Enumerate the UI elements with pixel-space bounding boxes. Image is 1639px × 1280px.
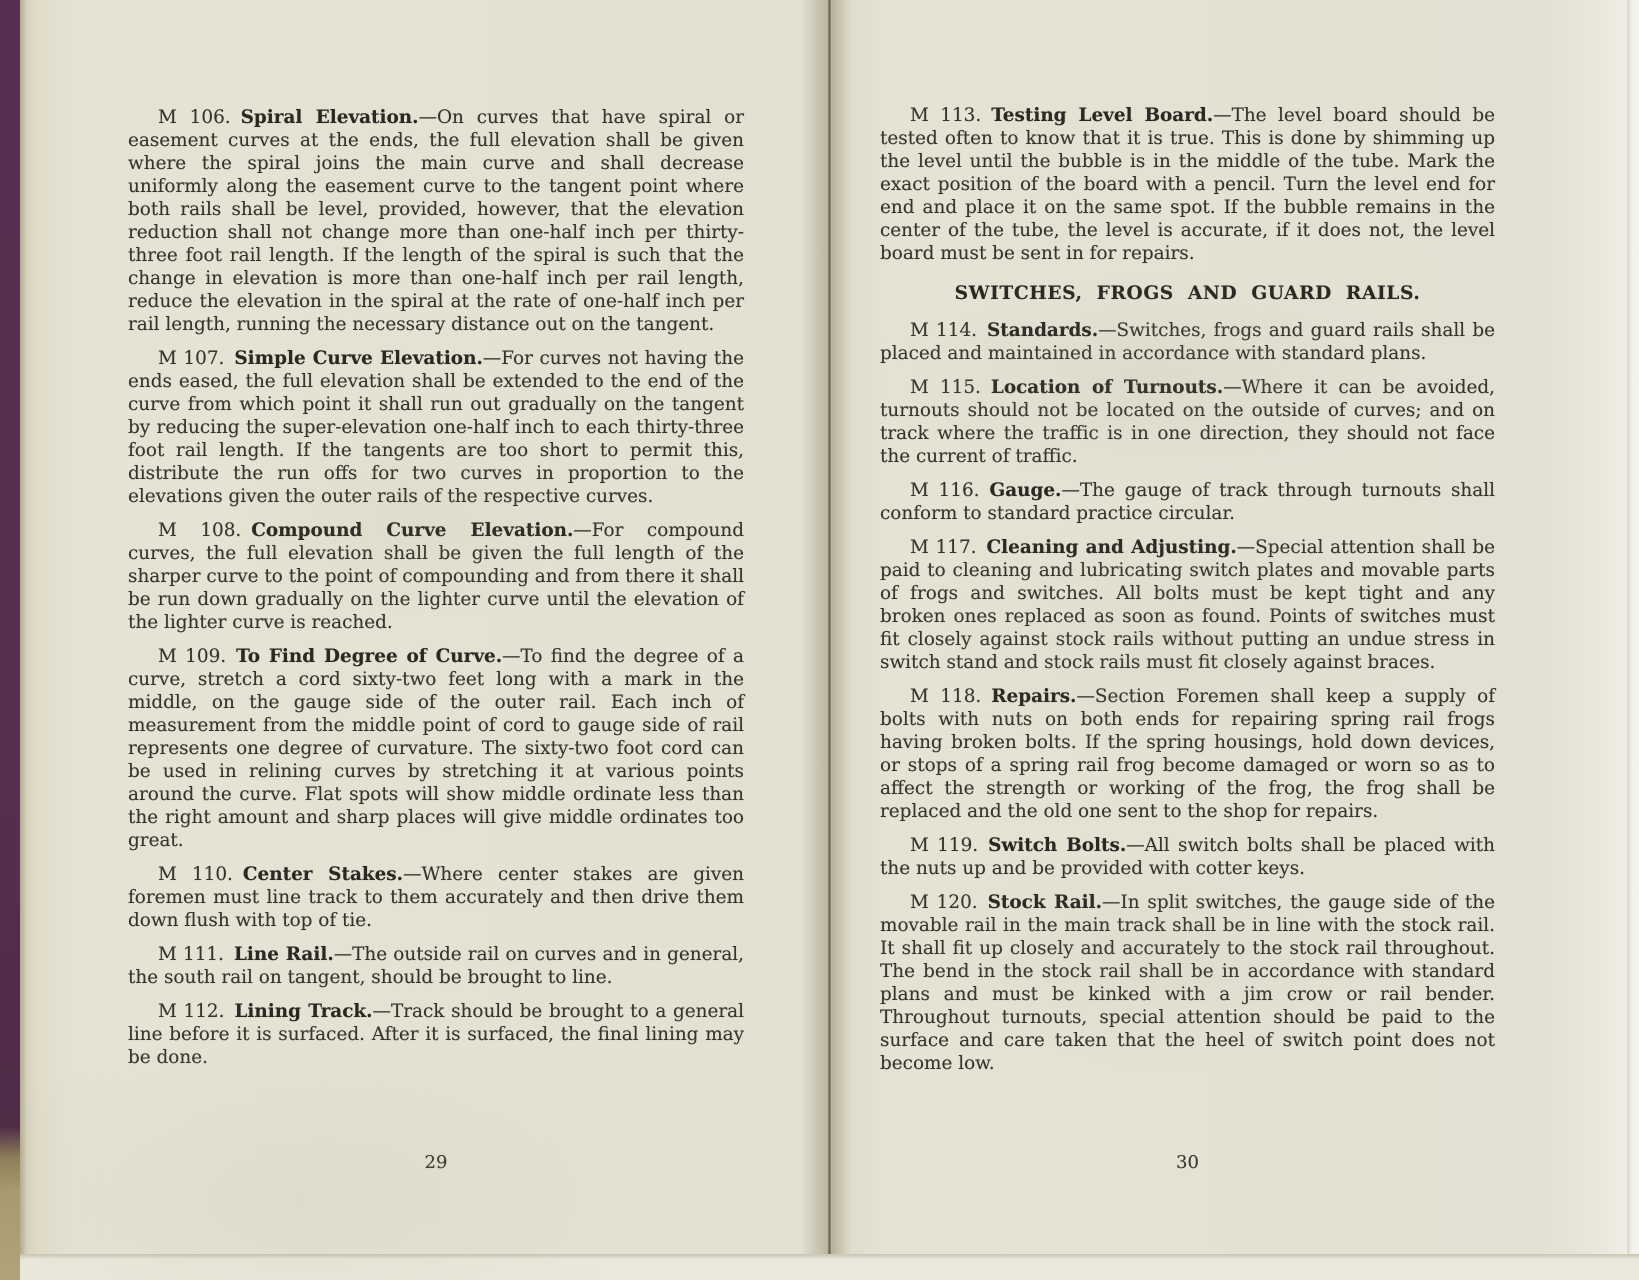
section-paragraph: M 109.To Find Degree of Curve.—To find t… bbox=[128, 645, 744, 852]
section-paragraph: M 107.Simple Curve Elevation.—For curves… bbox=[128, 347, 744, 508]
section-paragraph: M 116.Gauge.—The gauge of track through … bbox=[880, 479, 1495, 525]
right-paper-edge bbox=[1627, 0, 1639, 1280]
section-title: Repairs. bbox=[991, 686, 1076, 707]
section-paragraph: M 112.Lining Track.—Track should be brou… bbox=[128, 1000, 744, 1069]
right-page-bottom-sections: M 114.Standards.—Switches, frogs and gua… bbox=[880, 319, 1495, 1075]
section-number: M 116. bbox=[910, 480, 980, 501]
section-paragraph: M 114.Standards.—Switches, frogs and gua… bbox=[880, 319, 1495, 365]
section-number: M 107. bbox=[158, 348, 224, 369]
page-number-left: 29 bbox=[128, 1152, 744, 1173]
section-title: Compound Curve Elevation. bbox=[251, 520, 573, 541]
section-number: M 118. bbox=[910, 686, 981, 707]
right-page-text: M 113.Testing Level Board.—The level boa… bbox=[880, 104, 1495, 1086]
section-title: Spiral Elevation. bbox=[241, 107, 419, 128]
section-paragraph: M 110.Center Stakes.—Where center stakes… bbox=[128, 863, 744, 932]
section-title: Lining Track. bbox=[234, 1001, 372, 1022]
section-title: To Find Degree of Curve. bbox=[236, 646, 502, 667]
section-number: M 114. bbox=[910, 320, 977, 341]
section-number: M 115. bbox=[910, 377, 981, 398]
section-title: Simple Curve Elevation. bbox=[234, 348, 482, 369]
section-number: M 111. bbox=[158, 944, 224, 965]
section-number: M 109. bbox=[158, 646, 226, 667]
section-paragraph: M 119.Switch Bolts.—All switch bolts sha… bbox=[880, 834, 1495, 880]
section-paragraph: M 106.Spiral Elevation.—On curves that h… bbox=[128, 106, 744, 336]
section-title: Center Stakes. bbox=[243, 864, 403, 885]
section-paragraph: M 120.Stock Rail.—In split switches, the… bbox=[880, 891, 1495, 1075]
section-body: —The level board should be tested often … bbox=[880, 105, 1495, 264]
section-body: —For curves not having the ends eased, t… bbox=[128, 348, 744, 507]
section-title: Cleaning and Adjusting. bbox=[987, 537, 1237, 558]
section-body: —In split switches, the gauge side of th… bbox=[880, 892, 1495, 1074]
left-page-text: M 106.Spiral Elevation.—On curves that h… bbox=[128, 106, 744, 1080]
chapter-heading: SWITCHES, FROGS AND GUARD RAILS. bbox=[880, 282, 1495, 305]
section-title: Testing Level Board. bbox=[991, 105, 1213, 126]
section-number: M 108. bbox=[158, 520, 241, 541]
section-paragraph: M 108.Compound Curve Elevation.—For comp… bbox=[128, 519, 744, 634]
section-number: M 110. bbox=[158, 864, 233, 885]
left-page: M 106.Spiral Elevation.—On curves that h… bbox=[20, 0, 827, 1280]
right-page: M 113.Testing Level Board.—The level boa… bbox=[832, 0, 1627, 1280]
section-title: Gauge. bbox=[990, 480, 1062, 501]
section-title: Stock Rail. bbox=[988, 892, 1102, 913]
section-title: Switch Bolts. bbox=[988, 835, 1126, 856]
page-number-right: 30 bbox=[880, 1152, 1495, 1173]
section-number: M 117. bbox=[910, 537, 977, 558]
section-title: Standards. bbox=[987, 320, 1098, 341]
book-cover-edge bbox=[0, 0, 20, 1280]
section-title: Location of Turnouts. bbox=[991, 377, 1223, 398]
section-number: M 113. bbox=[910, 105, 981, 126]
section-paragraph: M 111.Line Rail.—The outside rail on cur… bbox=[128, 943, 744, 989]
section-number: M 112. bbox=[158, 1001, 224, 1022]
book-scan: M 106.Spiral Elevation.—On curves that h… bbox=[0, 0, 1639, 1280]
section-paragraph: M 115.Location of Turnouts.—Where it can… bbox=[880, 376, 1495, 468]
section-paragraph: M 113.Testing Level Board.—The level boa… bbox=[880, 104, 1495, 265]
right-page-top-sections: M 113.Testing Level Board.—The level boa… bbox=[880, 104, 1495, 265]
bottom-paper-edge bbox=[20, 1254, 1639, 1280]
section-number: M 119. bbox=[910, 835, 978, 856]
section-number: M 106. bbox=[158, 107, 231, 128]
section-paragraph: M 118.Repairs.—Section Foremen shall kee… bbox=[880, 685, 1495, 823]
section-paragraph: M 117.Cleaning and Adjusting.—Special at… bbox=[880, 536, 1495, 674]
section-body: —To find the degree of a curve, stretch … bbox=[128, 646, 744, 851]
section-body: —On curves that have spiral or easement … bbox=[128, 107, 744, 335]
section-title: Line Rail. bbox=[234, 944, 334, 965]
section-number: M 120. bbox=[910, 892, 978, 913]
